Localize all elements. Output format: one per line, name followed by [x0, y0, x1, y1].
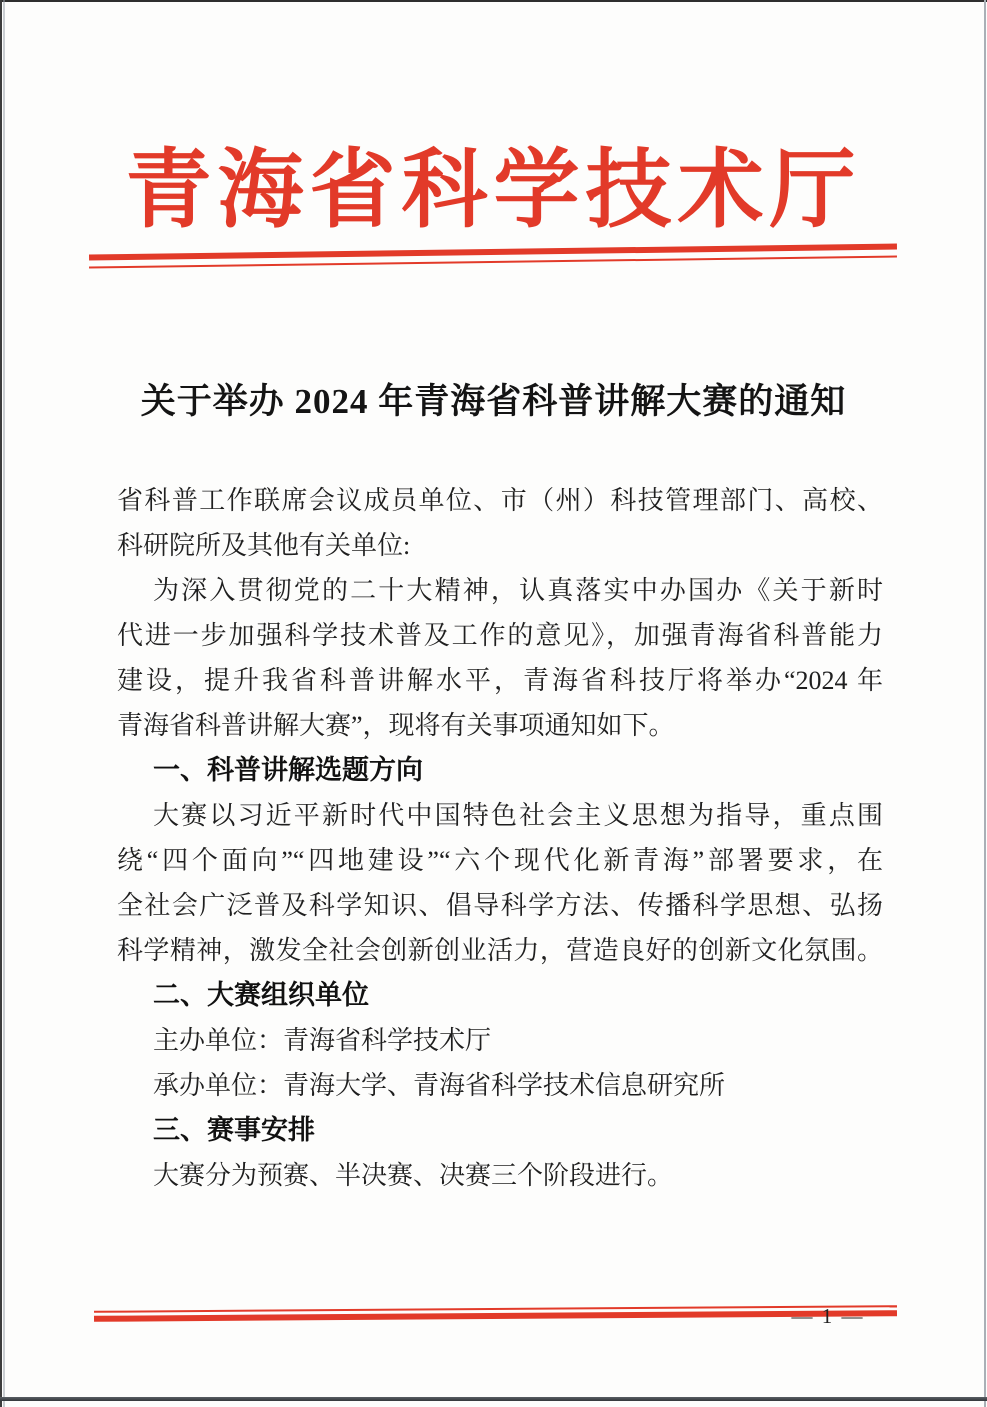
body-line: 建设，提升我省科普讲解水平，青海省科技厅将举办“2024 年 [117, 658, 883, 703]
scan-edge-bottom [0, 1397, 987, 1401]
body-line: 主办单位：青海省科学技术厅 [117, 1018, 883, 1063]
section-heading: 三、赛事安排 [117, 1108, 883, 1153]
body-line: 大赛以习近平新时代中国特色社会主义思想为指导，重点围 [117, 793, 883, 838]
scanned-page: 青海省科学技术厅 关于举办 2024 年青海省科普讲解大赛的通知 省科普工作联席… [0, 0, 987, 1407]
body-line: 省科普工作联席会议成员单位、市（州）科技管理部门、高校、 [117, 478, 883, 523]
body-line: 大赛分为预赛、半决赛、决赛三个阶段进行。 [117, 1153, 883, 1198]
body-line: 全社会广泛普及科学知识、倡导科学方法、传播科学思想、弘扬 [117, 883, 883, 928]
section-heading: 二、大赛组织单位 [117, 973, 883, 1018]
notice-title: 关于举办 2024 年青海省科普讲解大赛的通知 [0, 374, 987, 424]
body-line: 代进一步加强科学技术普及工作的意见》，加强青海省科普能力 [117, 613, 883, 658]
notice-body: 省科普工作联席会议成员单位、市（州）科技管理部门、高校、科研院所及其他有关单位:… [117, 478, 883, 1198]
body-line: 为深入贯彻党的二十大精神，认真落实中办国办《关于新时 [117, 568, 883, 613]
body-line: 青海省科普讲解大赛”，现将有关事项通知如下。 [117, 703, 883, 748]
section-heading: 一、科普讲解选题方向 [117, 748, 883, 793]
body-line: 科研院所及其他有关单位: [117, 523, 883, 568]
page-number: — 1 — [778, 1301, 878, 1331]
scan-edge-top [0, 0, 987, 2]
body-line: 科学精神，激发全社会创新创业活力，营造良好的创新文化氛围。 [117, 928, 883, 973]
body-line: 承办单位：青海大学、青海省科学技术信息研究所 [117, 1063, 883, 1108]
body-line: 绕“四个面向”“四地建设”“六个现代化新青海”部署要求，在 [117, 838, 883, 883]
letterhead-agency-name: 青海省科学技术厅 [0, 140, 987, 240]
